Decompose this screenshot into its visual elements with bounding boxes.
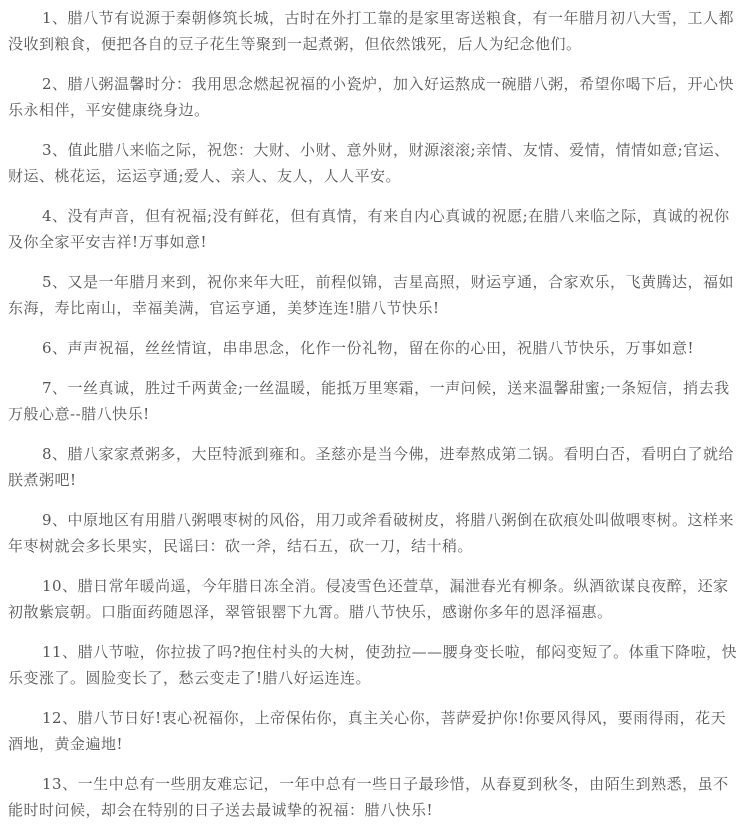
paragraph-9: 9、中原地区有用腊八粥喂枣树的风俗，用刀或斧看破树皮，将腊八粥倒在砍痕处叫做喂枣… <box>8 507 738 559</box>
article-body: 1、腊八节有说源于秦朝修筑长城，古时在外打工靠的是家里寄送粮食，有一年腊月初八大… <box>0 0 747 831</box>
paragraph-4: 4、没有声音，但有祝福;没有鲜花，但有真情，有来自内心真诚的祝愿;在腊八来临之际… <box>8 203 738 255</box>
paragraph-7: 7、一丝真诚，胜过千两黄金;一丝温暖，能抵万里寒霜，一声问候，送来温馨甜蜜;一条… <box>8 375 738 427</box>
paragraph-11: 11、腊八节啦，你拉拔了吗?抱住村头的大树，使劲拉——腰身变长啦，郁闷变短了。体… <box>8 639 738 691</box>
paragraph-10: 10、腊日常年暖尚遥，今年腊日冻全消。侵凌雪色还萱草，漏泄春光有柳条。纵酒欲谋良… <box>8 573 738 625</box>
paragraph-6: 6、声声祝福，丝丝情谊，串串思念，化作一份礼物，留在你的心田，祝腊八节快乐，万事… <box>8 335 738 361</box>
paragraph-8: 8、腊八家家煮粥多，大臣特派到雍和。圣慈亦是当今佛，进奉熬成第二锅。看明白否，看… <box>8 441 738 493</box>
paragraph-1: 1、腊八节有说源于秦朝修筑长城，古时在外打工靠的是家里寄送粮食，有一年腊月初八大… <box>8 5 738 57</box>
paragraph-3: 3、值此腊八来临之际，祝您：大财、小财、意外财，财源滚滚;亲情、友情、爱情，情情… <box>8 137 738 189</box>
paragraph-5: 5、又是一年腊月来到，祝你来年大旺，前程似锦，吉星高照，财运亨通，合家欢乐，飞黄… <box>8 269 738 321</box>
paragraph-2: 2、腊八粥温馨时分：我用思念燃起祝福的小瓷炉，加入好运熬成一碗腊八粥，希望你喝下… <box>8 71 738 123</box>
paragraph-12: 12、腊八节日好!衷心祝福你，上帝保佑你，真主关心你，菩萨爱护你!你要风得风，要… <box>8 705 738 757</box>
paragraph-13: 13、一生中总有一些朋友难忘记，一年中总有一些日子最珍惜，从春夏到秋冬，由陌生到… <box>8 771 738 823</box>
